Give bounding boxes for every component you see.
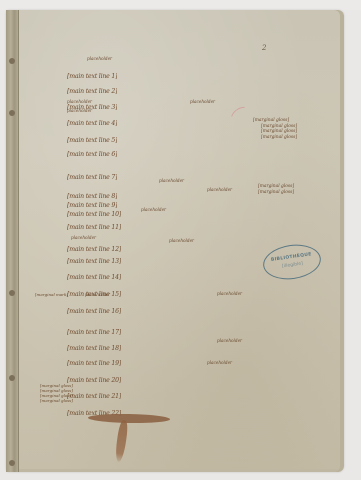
text-line: [main text line 10]: [67, 210, 121, 220]
right-margin-gloss-2: [marginal gloss] [marginal gloss]: [258, 184, 294, 195]
interlinear-gloss: placeholder: [217, 291, 242, 296]
interlinear-gloss: placeholder: [190, 99, 215, 104]
text-line: [main text line 13]: [67, 257, 121, 267]
interlinear-gloss: placeholder: [217, 338, 242, 343]
gloss-line: [marginal gloss]: [258, 184, 294, 190]
text-line: [main text line 6]: [67, 150, 117, 160]
gloss-line: [marginal gloss]: [253, 135, 297, 141]
gloss-line: [marginal gloss]: [258, 190, 294, 196]
text-line: [main text line 14]: [67, 273, 121, 283]
binding-stitch: [9, 58, 15, 64]
text-line: [main text line 7]: [67, 173, 117, 183]
text-line: [main text line 19]: [67, 359, 121, 369]
text-line: [main text line 5]: [67, 136, 117, 146]
text-line: [main text line 16]: [67, 307, 121, 317]
gloss-line: [marginal gloss]: [40, 398, 73, 403]
interlinear-gloss: placeholder: [141, 207, 166, 212]
text-line: [main text line 20]: [67, 376, 121, 386]
left-margin-gloss: [marginal gloss] [marginal gloss] [margi…: [40, 383, 73, 403]
interlinear-gloss: placeholder: [207, 360, 232, 365]
binding-stitch: [9, 375, 15, 381]
interlinear-gloss: placeholder: [71, 235, 96, 240]
binding-stitch: [9, 290, 15, 296]
left-margin-mark: [marginal mark]: [35, 292, 68, 297]
interlinear-gloss: placeholder: [67, 108, 92, 113]
right-margin-gloss-1: [marginal gloss] [marginal gloss] [margi…: [253, 118, 297, 140]
text-line: [main text line 17]: [67, 328, 121, 338]
binding-stitch: [9, 110, 15, 116]
folio-number: 2: [262, 44, 266, 52]
text-line: [main text line 4]: [67, 119, 117, 129]
text-line: [main text line 1]: [67, 72, 117, 82]
interlinear-gloss: placeholder: [87, 56, 112, 61]
interlinear-gloss: placeholder: [159, 178, 184, 183]
binding-stitch: [9, 460, 15, 466]
text-line: [main text line 21]: [67, 392, 121, 402]
interlinear-gloss: placeholder: [169, 238, 194, 243]
binding-edge: [6, 10, 19, 472]
text-line: [main text line 18]: [67, 344, 121, 354]
interlinear-gloss: placeholder: [207, 187, 232, 192]
scan-background: [0, 0, 361, 10]
text-line: [main text line 12]: [67, 245, 121, 255]
text-line: [main text line 11]: [67, 223, 121, 233]
interlinear-gloss: placeholder: [85, 292, 110, 297]
text-line: [main text line 2]: [67, 87, 117, 97]
interlinear-gloss: placeholder: [67, 99, 92, 104]
